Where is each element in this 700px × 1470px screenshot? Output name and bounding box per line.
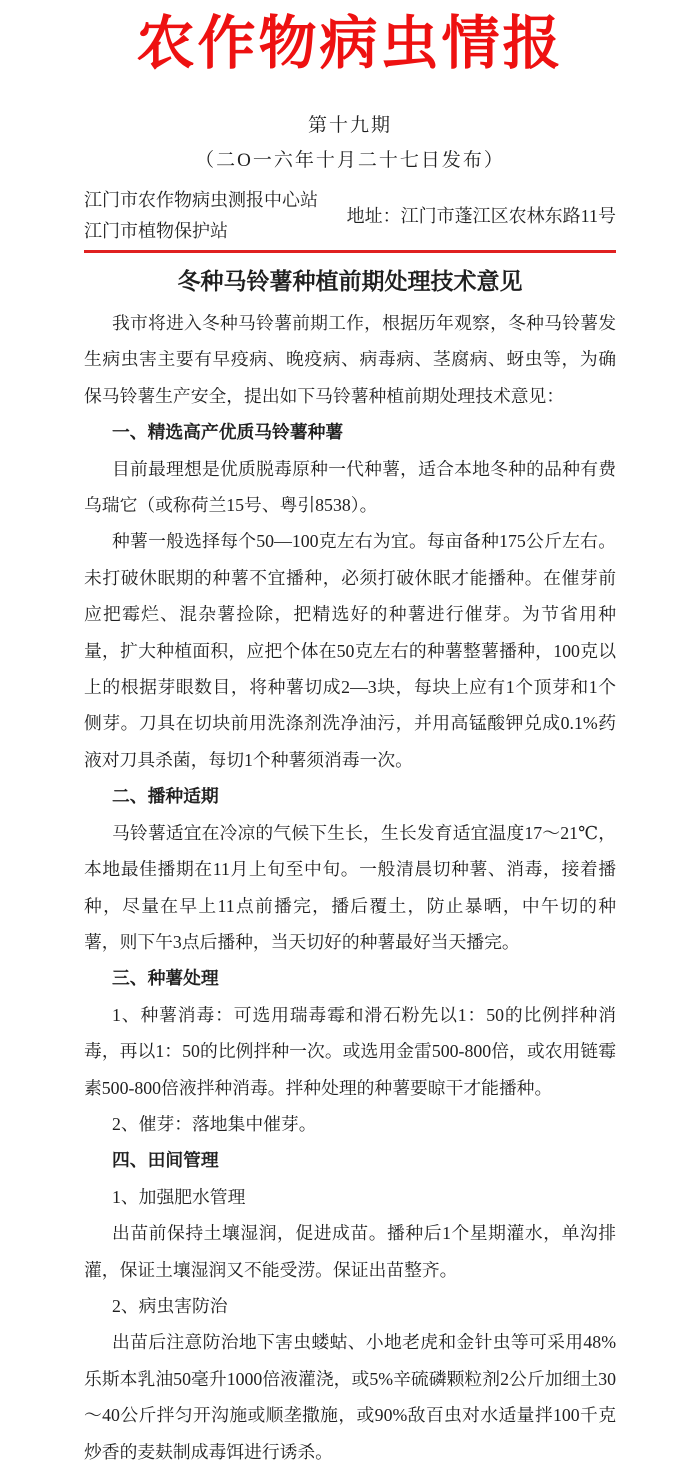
publisher-orgs: 江门市农作物病虫测报中心站 江门市植物保护站: [84, 185, 318, 247]
section-heading: 四、田间管理: [84, 1142, 616, 1178]
paragraph: 我市将进入冬种马铃薯前期工作，根据历年观察，冬种马铃薯发生病虫害主要有早疫病、晚…: [84, 305, 616, 414]
publisher-row: 江门市农作物病虫测报中心站 江门市植物保护站 地址：江门市蓬江区农林东路11号: [84, 185, 616, 247]
section-heading: 三、种薯处理: [84, 960, 616, 996]
paragraph: 种薯一般选择每个50—100克左右为宜。每亩备种175公斤左右。未打破休眠期的种…: [84, 523, 616, 778]
bulletin-page: 农作物病虫情报 第十九期 （二O一六年十月二十七日发布） 江门市农作物病虫测报中…: [84, 0, 616, 1470]
paragraph: 1、种薯消毒：可选用瑞毒霉和滑石粉先以1：50的比例拌种消毒，再以1：50的比例…: [84, 997, 616, 1106]
paragraph: 马铃薯适宜在冷凉的气候下生长，生长发育适宜温度17～21℃，本地最佳播期在11月…: [84, 815, 616, 961]
article-body: 我市将进入冬种马铃薯前期工作，根据历年观察，冬种马铃薯发生病虫害主要有早疫病、晚…: [84, 305, 616, 1470]
publish-date-line: （二O一六年十月二十七日发布）: [84, 149, 616, 173]
section-heading: 一、精选高产优质马铃薯种薯: [84, 414, 616, 450]
paragraph: 2、病虫害防治: [84, 1288, 616, 1324]
issue-number: 第十九期: [84, 114, 616, 138]
paragraph: 出苗前保持土壤湿润，促进成苗。播种后1个星期灌水，单沟排灌，保证土壤湿润又不能受…: [84, 1215, 616, 1288]
paragraph: 2、催芽：落地集中催芽。: [84, 1106, 616, 1142]
masthead-divider-rule: [84, 250, 616, 253]
paragraph: 出苗后注意防治地下害虫蝼蛄、小地老虎和金针虫等可采用48%乐斯本乳油50毫升10…: [84, 1324, 616, 1470]
article-title: 冬种马铃薯种植前期处理技术意见: [84, 267, 616, 297]
paragraph: 1、加强肥水管理: [84, 1179, 616, 1215]
paragraph: 目前最理想是优质脱毒原种一代种薯，适合本地冬种的品种有费乌瑞它（或称荷兰15号、…: [84, 451, 616, 524]
publisher-org-line1: 江门市农作物病虫测报中心站: [84, 185, 318, 216]
publisher-org-line2: 江门市植物保护站: [84, 216, 318, 247]
publisher-address: 地址：江门市蓬江区农林东路11号: [347, 205, 616, 227]
section-heading: 二、播种适期: [84, 778, 616, 814]
masthead-title: 农作物病虫情报: [84, 8, 616, 80]
